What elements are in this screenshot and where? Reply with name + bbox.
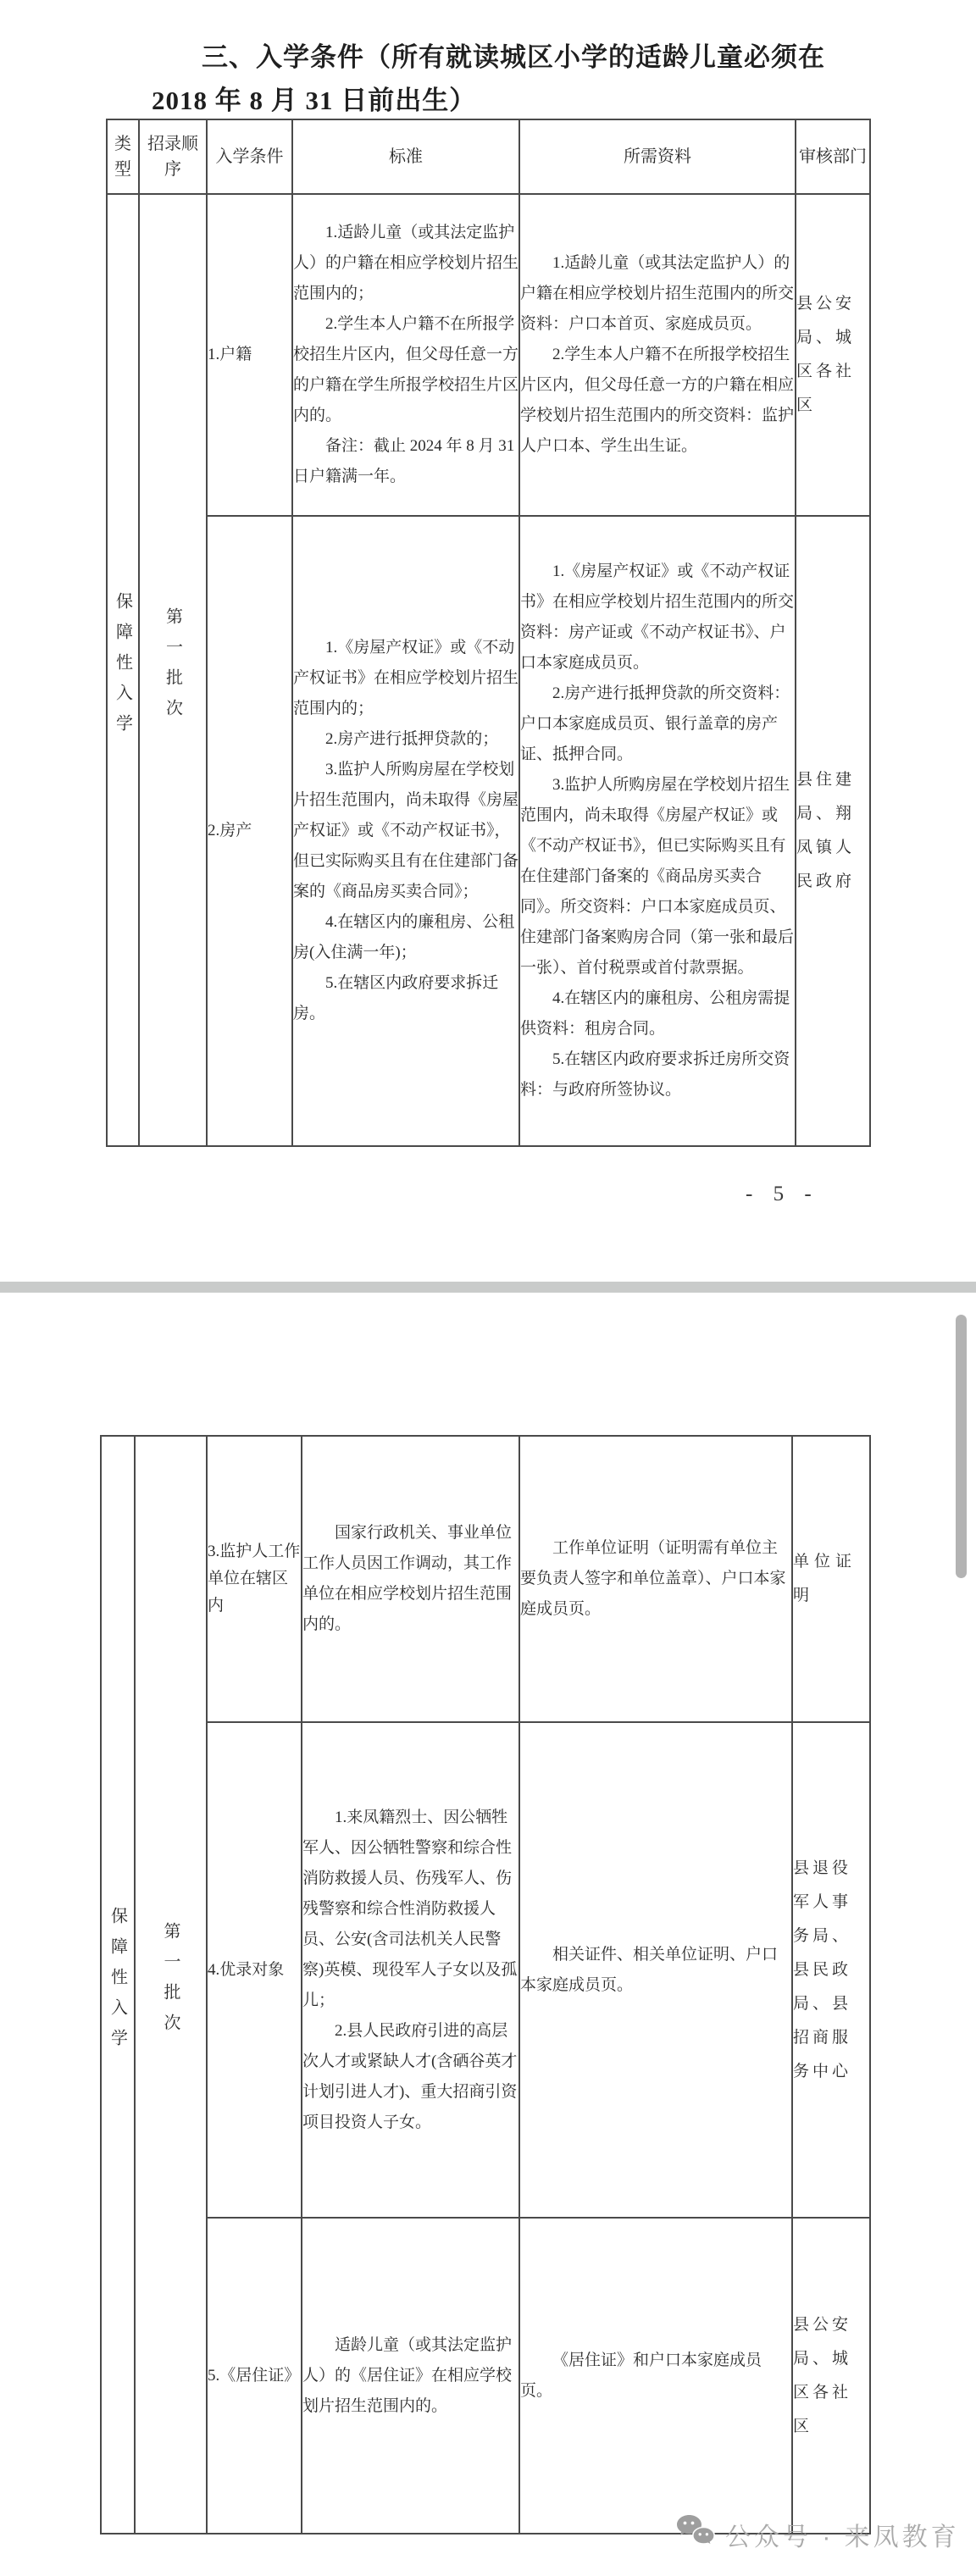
cell-condition-hukou: 1.户籍 (207, 194, 292, 516)
materials-paragraph: 1.适龄儿童（或其法定监护人）的户籍在相应学校划片招生范围内的所交资料：户口本首… (520, 248, 795, 340)
table-row: 保障性入学 第一批次 1.户籍 1.适龄儿童（或其法定监护人）的户籍在相应学校划… (107, 194, 870, 516)
standard-paragraph: 1.来凤籍烈士、因公牺牲军人、因公牺牲警察和综合性消防救援人员、伤残军人、伤残警… (302, 1803, 518, 2016)
materials-paragraph: 3.监护人所购房屋在学校划片招生范围内，尚未取得《房屋产权证》或《不动产权证书》… (520, 770, 795, 983)
materials-paragraph: 4.在辖区内的廉租房、公租房需提供资料：租房合同。 (520, 983, 795, 1044)
category-label: 保障性入学 (106, 1907, 130, 2059)
table-row: 4.优录对象 1.来凤籍烈士、因公牺牲军人、因公牺牲警察和综合性消防救援人员、伤… (101, 1722, 870, 2218)
materials-paragraph: 2.房产进行抵押贷款的所交资料：户口本家庭成员页、银行盖章的房产证、抵押合同。 (520, 679, 795, 770)
standard-paragraph: 4.在辖区内的廉租房、公租房(入住满一年)； (293, 907, 518, 968)
header-materials: 所需资料 (519, 119, 796, 194)
cell-materials-hukou: 1.适龄儿童（或其法定监护人）的户籍在相应学校划片招生范围内的所交资料：户口本首… (519, 194, 796, 516)
cell-category: 保障性入学 (101, 1436, 135, 2534)
cell-materials-property: 1.《房屋产权证》或《不动产权证书》在相应学校划片招生范围内的所交资料：房产证或… (519, 516, 796, 1146)
materials-paragraph: 相关证件、相关单位证明、户口本家庭成员页。 (520, 1940, 791, 2001)
enrollment-table-page2: 保障性入学 第一批次 3.监护人工作单位在辖区内 国家行政机关、事业单位工作人员… (100, 1435, 871, 2534)
cell-department-preferential: 县退役军人事务局、县民政局、县招商服务中心 (792, 1722, 870, 2218)
table-row: 保障性入学 第一批次 3.监护人工作单位在辖区内 国家行政机关、事业单位工作人员… (101, 1436, 870, 1722)
table-row: 5.《居住证》 适龄儿童（或其法定监护人）的《居住证》在相应学校划片招生范围内的… (101, 2218, 870, 2534)
standard-paragraph: 备注：截止 2024 年 8 月 31 日户籍满一年。 (293, 431, 518, 492)
cell-department-property: 县住建局、翔凤镇人民政府 (796, 516, 870, 1146)
header-condition: 入学条件 (207, 119, 292, 194)
cell-batch: 第一批次 (139, 194, 207, 1146)
scrollbar-thumb[interactable] (956, 1315, 967, 1578)
cell-department-residence-permit: 县公安局、城区各社区 (792, 2218, 870, 2534)
wechat-icon (676, 2514, 717, 2554)
cell-materials-preferential: 相关证件、相关单位证明、户口本家庭成员页。 (519, 1722, 792, 2218)
cell-condition-property: 2.房产 (207, 516, 292, 1146)
header-type: 类型 (107, 119, 139, 194)
watermark: 公众号 · 来凤教育 (676, 2514, 960, 2554)
header-standard: 标准 (292, 119, 519, 194)
standard-paragraph: 5.在辖区内政府要求拆迁房。 (293, 968, 518, 1029)
materials-paragraph: 工作单位证明（证明需有单位主要负责人签字和单位盖章）、户口本家庭成员页。 (520, 1533, 791, 1625)
cell-condition-work-unit: 3.监护人工作单位在辖区内 (207, 1436, 302, 1722)
document-title-line2: 2018 年 8 月 31 日前出生） (152, 79, 476, 117)
document-title-line1: 三、入学条件（所有就读城区小学的适龄儿童必须在 (202, 36, 825, 74)
scanned-document-view: { "colors": { "paper": "#ffffff", "text"… (0, 0, 976, 2576)
cell-batch: 第一批次 (135, 1436, 207, 2534)
table-header-row: 类型 招录顺序 入学条件 标准 所需资料 审核部门 (107, 119, 870, 194)
standard-paragraph: 1.《房屋产权证》或《不动产权证书》在相应学校划片招生范围内的； (293, 633, 518, 724)
standard-paragraph: 2.县人民政府引进的高层次人才或紧缺人才(含硒谷英才计划引进人才)、重大招商引资… (302, 2016, 518, 2138)
materials-paragraph: 5.在辖区内政府要求拆迁房所交资料：与政府所签协议。 (520, 1044, 795, 1105)
page-divider (0, 1282, 976, 1293)
cell-condition-preferential: 4.优录对象 (207, 1722, 302, 2218)
materials-paragraph: 1.《房屋产权证》或《不动产权证书》在相应学校划片招生范围内的所交资料：房产证或… (520, 557, 795, 679)
standard-paragraph: 3.监护人所购房屋在学校划片招生范围内，尚未取得《房屋产权证》或《不动产权证书》… (293, 755, 518, 907)
materials-paragraph: 2.学生本人户籍不在所报学校招生片区内，但父母任意一方的户籍在相应学校划片招生范… (520, 340, 795, 462)
header-recruit-order: 招录顺序 (139, 119, 207, 194)
page-number: - 5 - (746, 1183, 819, 1206)
cell-standard-hukou: 1.适龄儿童（或其法定监护人）的户籍在相应学校划片招生范围内的； 2.学生本人户… (292, 194, 519, 516)
cell-condition-residence-permit: 5.《居住证》 (207, 2218, 302, 2534)
table-row: 2.房产 1.《房屋产权证》或《不动产权证书》在相应学校划片招生范围内的； 2.… (107, 516, 870, 1146)
batch-label: 第一批次 (158, 1922, 183, 2044)
cell-standard-preferential: 1.来凤籍烈士、因公牺牲军人、因公牺牲警察和综合性消防救援人员、伤残军人、伤残警… (302, 1722, 519, 2218)
cell-standard-property: 1.《房屋产权证》或《不动产权证书》在相应学校划片招生范围内的； 2.房产进行抵… (292, 516, 519, 1146)
standard-paragraph: 2.学生本人户籍不在所报学校招生片区内，但父母任意一方的户籍在学生所报学校招生片… (293, 309, 518, 431)
standard-paragraph: 2.房产进行抵押贷款的； (293, 724, 518, 755)
watermark-label: 公众号 · 来凤教育 (725, 2516, 960, 2553)
header-review-dept: 审核部门 (796, 119, 870, 194)
batch-label: 第一批次 (161, 607, 186, 729)
standard-paragraph: 适龄儿童（或其法定监护人）的《居住证》在相应学校划片招生范围内的。 (302, 2330, 518, 2422)
cell-category: 保障性入学 (107, 194, 139, 1146)
cell-department-work-unit: 单位证明 (792, 1436, 870, 1722)
standard-paragraph: 1.适龄儿童（或其法定监护人）的户籍在相应学校划片招生范围内的； (293, 218, 518, 309)
cell-standard-work-unit: 国家行政机关、事业单位工作人员因工作调动，其工作单位在相应学校划片招生范围内的。 (302, 1436, 519, 1722)
category-label: 保障性入学 (111, 592, 136, 745)
standard-paragraph: 国家行政机关、事业单位工作人员因工作调动，其工作单位在相应学校划片招生范围内的。 (302, 1518, 518, 1640)
cell-materials-work-unit: 工作单位证明（证明需有单位主要负责人签字和单位盖章）、户口本家庭成员页。 (519, 1436, 792, 1722)
cell-department-hukou: 县公安局、城区各社区 (796, 194, 870, 516)
materials-paragraph: 《居住证》和户口本家庭成员页。 (520, 2346, 791, 2407)
cell-standard-residence-permit: 适龄儿童（或其法定监护人）的《居住证》在相应学校划片招生范围内的。 (302, 2218, 519, 2534)
cell-materials-residence-permit: 《居住证》和户口本家庭成员页。 (519, 2218, 792, 2534)
enrollment-table-page1: 类型 招录顺序 入学条件 标准 所需资料 审核部门 保障性入学 第一批次 1.户… (106, 119, 871, 1147)
